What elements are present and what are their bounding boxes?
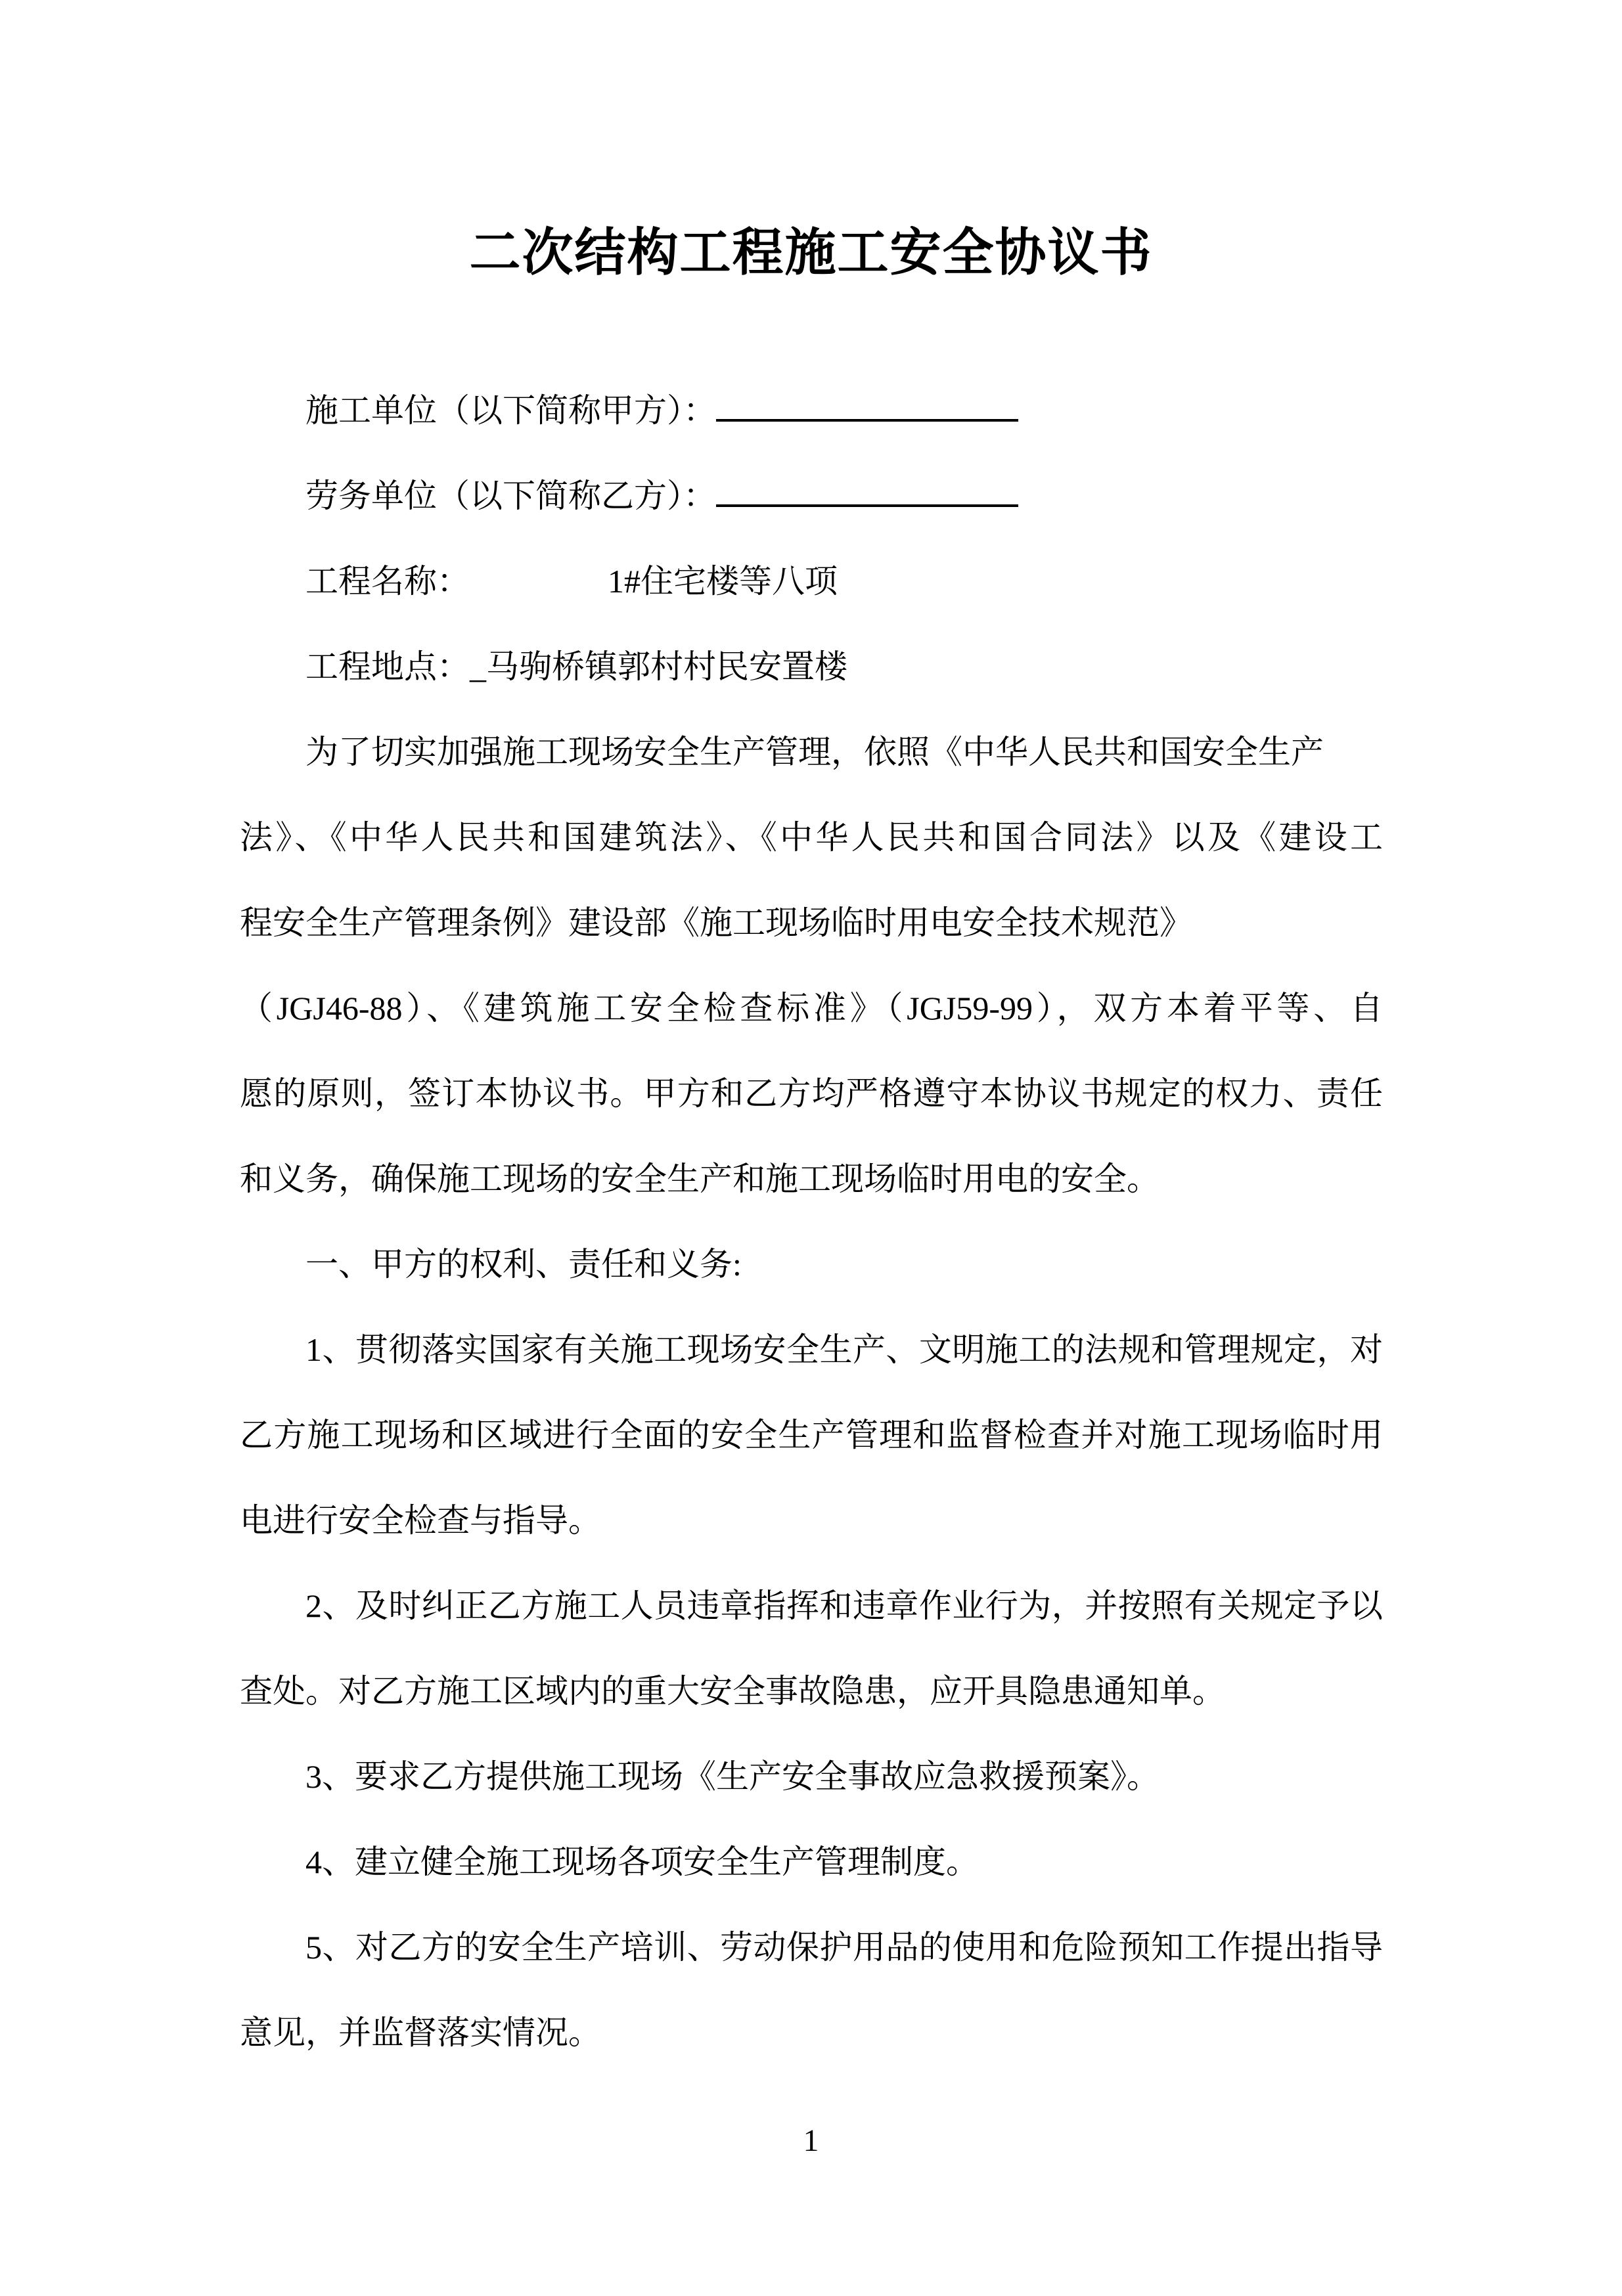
item-1-line-3-text: 电进行安全检查与指导。 <box>240 1502 601 1539</box>
item-5-line-2: 意见，并监督落实情况。 <box>240 1990 1383 2075</box>
item-5-line-1-text: 5、对乙方的安全生产培训、劳动保护用品的使用和危险预知工作提出指导 <box>305 1929 1383 1966</box>
item-2-line-1-text: 2、及时纠正乙方施工人员违章指挥和违章作业行为，并按照有关规定予以 <box>305 1587 1383 1624</box>
party-a-line-text: 施工单位（以下简称甲方）： <box>305 392 716 429</box>
preamble-line-2-text: 法》、《中华人民共和国建筑法》、《中华人民共和国合同法》以及《建设工 <box>240 819 1383 856</box>
item-1-line-1-text: 1、贯彻落实国家有关施工现场安全生产、文明施工的法规和管理规定，对 <box>305 1331 1383 1368</box>
preamble-line-6: 和义务，确保施工现场的安全生产和施工现场临时用电的安全。 <box>240 1136 1383 1222</box>
section-1-heading: 一、甲方的权利、责任和义务: <box>240 1222 1383 1307</box>
item-3-line: 3、要求乙方提供施工现场《生产安全事故应急救援预案》。 <box>240 1734 1383 1819</box>
preamble-line-4-text: （JGJ46-88）、《建筑施工安全检查标准》（JGJ59-99），双方本着平等… <box>240 990 1383 1027</box>
item-4-line: 4、建立健全施工现场各项安全生产管理制度。 <box>240 1819 1383 1905</box>
party-b-line-text: 劳务单位（以下简称乙方）： <box>305 477 716 514</box>
document-body: 施工单位（以下简称甲方）：劳务单位（以下简称乙方）：工程名称：1#住宅楼等八项工… <box>240 368 1383 2075</box>
preamble-line-3-text: 程安全生产管理条例》建设部《施工现场临时用电安全技术规范》 <box>240 904 1192 941</box>
item-5-line-2-text: 意见，并监督落实情况。 <box>240 2014 601 2051</box>
project-name-line: 工程名称：1#住宅楼等八项 <box>240 539 1383 624</box>
project-location-line: 工程地点：_马驹桥镇郭村村民安置楼 <box>240 624 1383 709</box>
preamble-line-1: 为了切实加强施工现场安全生产管理，依照《中华人民共和国安全生产 <box>240 709 1383 795</box>
section-1-heading-text: 一、甲方的权利、责任和义务: <box>305 1246 742 1283</box>
preamble-line-3: 程安全生产管理条例》建设部《施工现场临时用电安全技术规范》 <box>240 880 1383 965</box>
item-1-line-2-text: 乙方施工现场和区域进行全面的安全生产管理和监督检查并对施工现场临时用 <box>240 1417 1383 1453</box>
item-1-line-2: 乙方施工现场和区域进行全面的安全生产管理和监督检查并对施工现场临时用 <box>240 1392 1383 1478</box>
item-2-line-2: 查处。对乙方施工区域内的重大安全事故隐患，应开具隐患通知单。 <box>240 1648 1383 1734</box>
document-title: 二次结构工程施工安全协议书 <box>0 204 1622 302</box>
preamble-line-6-text: 和义务，确保施工现场的安全生产和施工现场临时用电的安全。 <box>240 1160 1160 1197</box>
project-name-line-text: 1#住宅楼等八项 <box>608 563 838 600</box>
item-1-line-3: 电进行安全检查与指导。 <box>240 1478 1383 1563</box>
page-number: 1 <box>0 2102 1622 2180</box>
fill-in-blank-underline <box>716 386 1018 422</box>
item-4-line-text: 4、建立健全施工现场各项安全生产管理制度。 <box>305 1843 979 1880</box>
preamble-line-5-text: 愿的原则，签订本协议书。甲方和乙方均严格遵守本协议书规定的权力、责任 <box>240 1075 1383 1112</box>
item-5-line-1: 5、对乙方的安全生产培训、劳动保护用品的使用和危险预知工作提出指导 <box>240 1905 1383 1990</box>
preamble-line-4: （JGJ46-88）、《建筑施工安全检查标准》（JGJ59-99），双方本着平等… <box>240 965 1383 1051</box>
project-location-line-text: 工程地点：_马驹桥镇郭村村民安置楼 <box>305 648 847 685</box>
project-name-line-text: 工程名称： <box>305 563 470 600</box>
item-2-line-1: 2、及时纠正乙方施工人员违章指挥和违章作业行为，并按照有关规定予以 <box>240 1563 1383 1648</box>
party-b-line: 劳务单位（以下简称乙方）： <box>240 453 1383 539</box>
party-a-line: 施工单位（以下简称甲方）： <box>240 368 1383 453</box>
item-1-line-1: 1、贯彻落实国家有关施工现场安全生产、文明施工的法规和管理规定，对 <box>240 1307 1383 1392</box>
item-2-line-2-text: 查处。对乙方施工区域内的重大安全事故隐患，应开具隐患通知单。 <box>240 1673 1225 1710</box>
preamble-line-1-text: 为了切实加强施工现场安全生产管理，依照《中华人民共和国安全生产 <box>305 734 1324 770</box>
label-value-gap <box>470 592 608 592</box>
fill-in-blank-underline <box>716 472 1018 507</box>
preamble-line-5: 愿的原则，签订本协议书。甲方和乙方均严格遵守本协议书规定的权力、责任 <box>240 1051 1383 1136</box>
preamble-line-2: 法》、《中华人民共和国建筑法》、《中华人民共和国合同法》以及《建设工 <box>240 795 1383 880</box>
item-3-line-text: 3、要求乙方提供施工现场《生产安全事故应急救援预案》。 <box>305 1758 1160 1795</box>
document-page: 二次结构工程施工安全协议书 施工单位（以下简称甲方）：劳务单位（以下简称乙方）：… <box>0 0 1622 2296</box>
